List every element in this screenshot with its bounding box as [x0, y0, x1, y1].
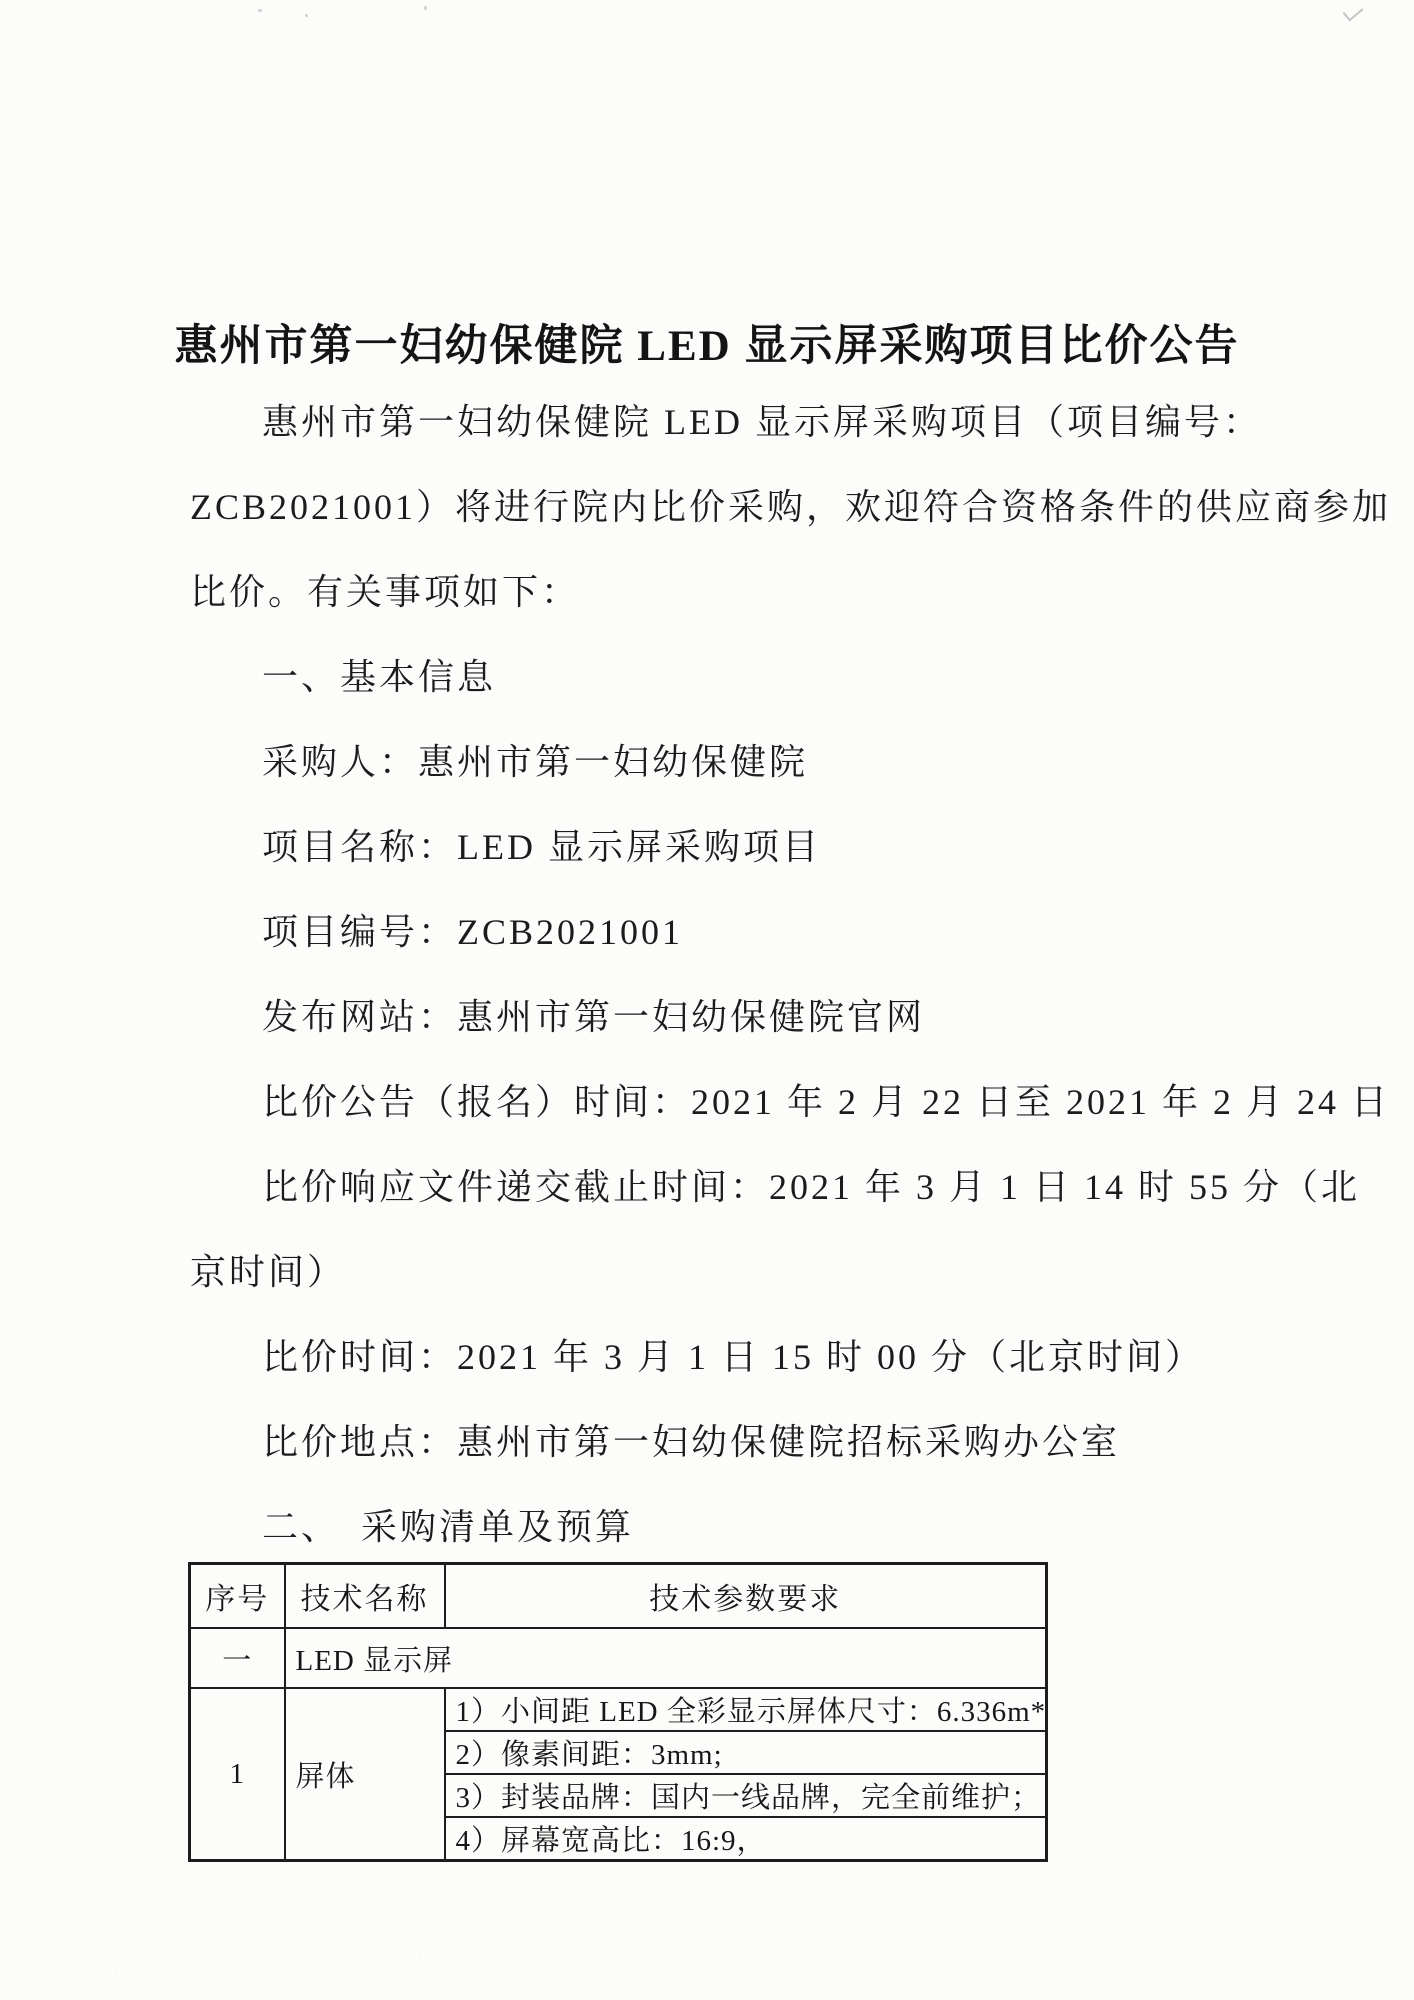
item-name-cell: 屏体 [285, 1688, 445, 1861]
scan-artifact-speck [305, 14, 308, 17]
scanned-document-page: 惠州市第一妇幼保健院 LED 显示屏采购项目比价公告 惠州市第一妇幼保健院 LE… [0, 0, 1414, 2000]
body-line: ZCB2021001）将进行院内比价采购，欢迎符合资格条件的供应商参加 [190, 488, 1300, 526]
scan-noise [0, 1940, 1414, 2000]
spec-cell: 2）像素间距：3mm; [445, 1731, 1047, 1774]
deadline-line-wrap: 京时间） [190, 1253, 1300, 1291]
scan-artifact-speck [424, 6, 427, 10]
category-seq-cell: 一 [190, 1628, 285, 1688]
project-name-line: 项目名称：LED 显示屏采购项目 [190, 828, 1300, 866]
announce-time-line: 比价公告（报名）时间：2021 年 2 月 22 日至 2021 年 2 月 2… [190, 1083, 1300, 1121]
scan-artifact-speck [258, 9, 262, 12]
table-row: 一 LED 显示屏 [190, 1628, 1047, 1688]
buyer-line: 采购人：惠州市第一妇幼保健院 [190, 743, 1300, 781]
col-header-seq: 序号 [190, 1564, 285, 1629]
table-row: 1 屏体 1）小间距 LED 全彩显示屏体尺寸：6.336m*1.92m [190, 1688, 1047, 1731]
category-name-cell: LED 显示屏 [285, 1628, 1047, 1688]
deadline-line: 比价响应文件递交截止时间：2021 年 3 月 1 日 14 时 55 分（北 [190, 1168, 1300, 1206]
section-2-heading: 二、 采购清单及预算 [190, 1508, 1300, 1546]
document-body: 惠州市第一妇幼保健院 LED 显示屏采购项目（项目编号： ZCB2021001）… [190, 403, 1300, 1593]
body-line: 惠州市第一妇幼保健院 LED 显示屏采购项目（项目编号： [190, 403, 1300, 441]
item-seq-cell: 1 [190, 1688, 285, 1861]
body-line: 比价。有关事项如下： [190, 573, 1300, 611]
spec-cell: 4）屏幕宽高比：16:9， [445, 1817, 1047, 1861]
col-header-name: 技术名称 [285, 1564, 445, 1629]
publish-site-line: 发布网站：惠州市第一妇幼保健院官网 [190, 998, 1300, 1036]
project-number-line: 项目编号：ZCB2021001 [190, 913, 1300, 951]
spec-cell: 3）封装品牌：国内一线品牌，完全前维护； [445, 1774, 1047, 1817]
table-header-row: 序号 技术名称 技术参数要求 [190, 1564, 1047, 1629]
bidding-place-line: 比价地点：惠州市第一妇幼保健院招标采购办公室 [190, 1423, 1300, 1461]
document-title: 惠州市第一妇幼保健院 LED 显示屏采购项目比价公告 [0, 312, 1414, 373]
section-1-heading: 一、基本信息 [190, 658, 1300, 696]
bidding-time-line: 比价时间：2021 年 3 月 1 日 15 时 00 分（北京时间） [190, 1338, 1300, 1376]
col-header-params: 技术参数要求 [445, 1564, 1047, 1629]
scan-artifact-mark [1343, 2, 1364, 22]
spec-cell: 1）小间距 LED 全彩显示屏体尺寸：6.336m*1.92m [445, 1688, 1047, 1731]
procurement-spec-table: 序号 技术名称 技术参数要求 一 LED 显示屏 1 屏体 1）小间距 LED … [188, 1562, 1048, 1862]
